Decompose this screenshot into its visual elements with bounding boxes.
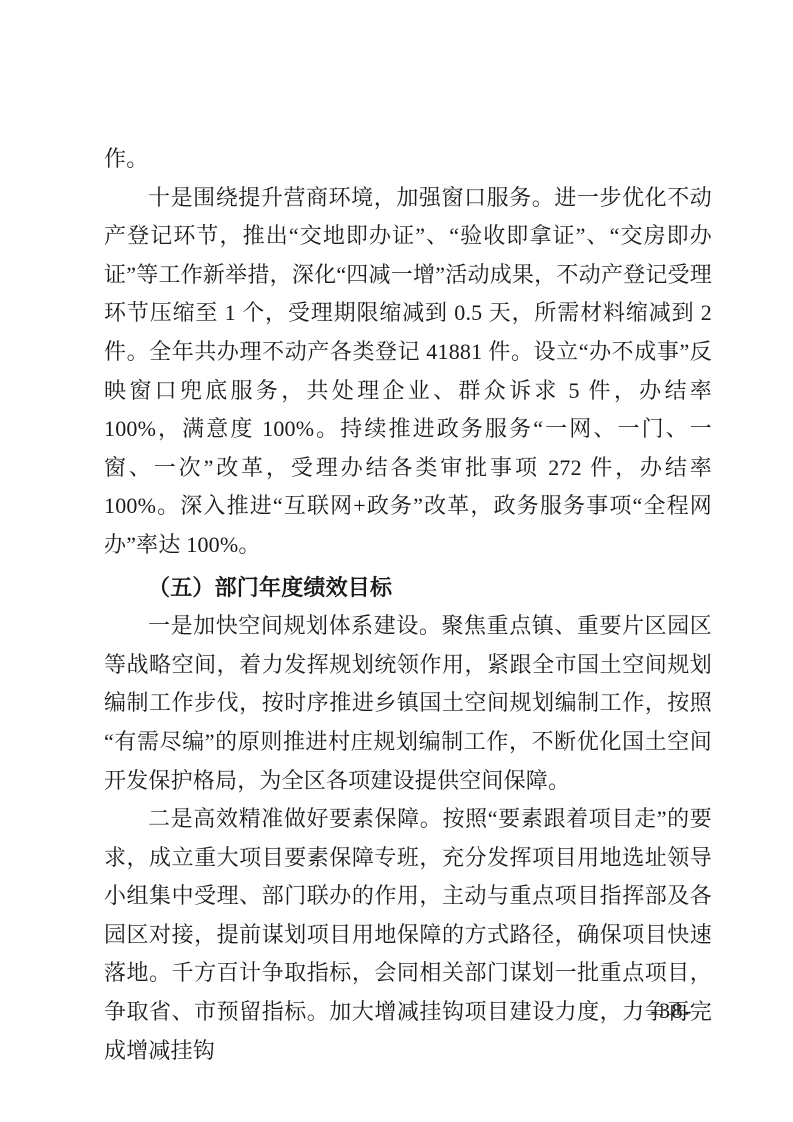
document-body: 作。 十是围绕提升营商环境，加强窗口服务。进一步优化不动产登记环节，推出“交地即… xyxy=(104,140,712,1070)
paragraph-continuation: 作。 xyxy=(104,140,712,179)
document-page: 作。 十是围绕提升营商环境，加强窗口服务。进一步优化不动产登记环节，推出“交地即… xyxy=(0,0,793,1122)
page-number: -38- xyxy=(650,999,693,1023)
section-heading-annual-performance-goals: （五）部门年度绩效目标 xyxy=(104,569,712,608)
paragraph-window-services: 十是围绕提升营商环境，加强窗口服务。进一步优化不动产登记环节，推出“交地即办证”… xyxy=(104,179,712,565)
paragraph-spatial-planning: 一是加快空间规划体系建设。聚焦重点镇、重要片区园区等战略空间，着力发挥规划统领作… xyxy=(104,607,712,800)
paragraph-resource-guarantee: 二是高效精准做好要素保障。按照“要素跟着项目走”的要求，成立重大项目要素保障专班… xyxy=(104,800,712,1070)
